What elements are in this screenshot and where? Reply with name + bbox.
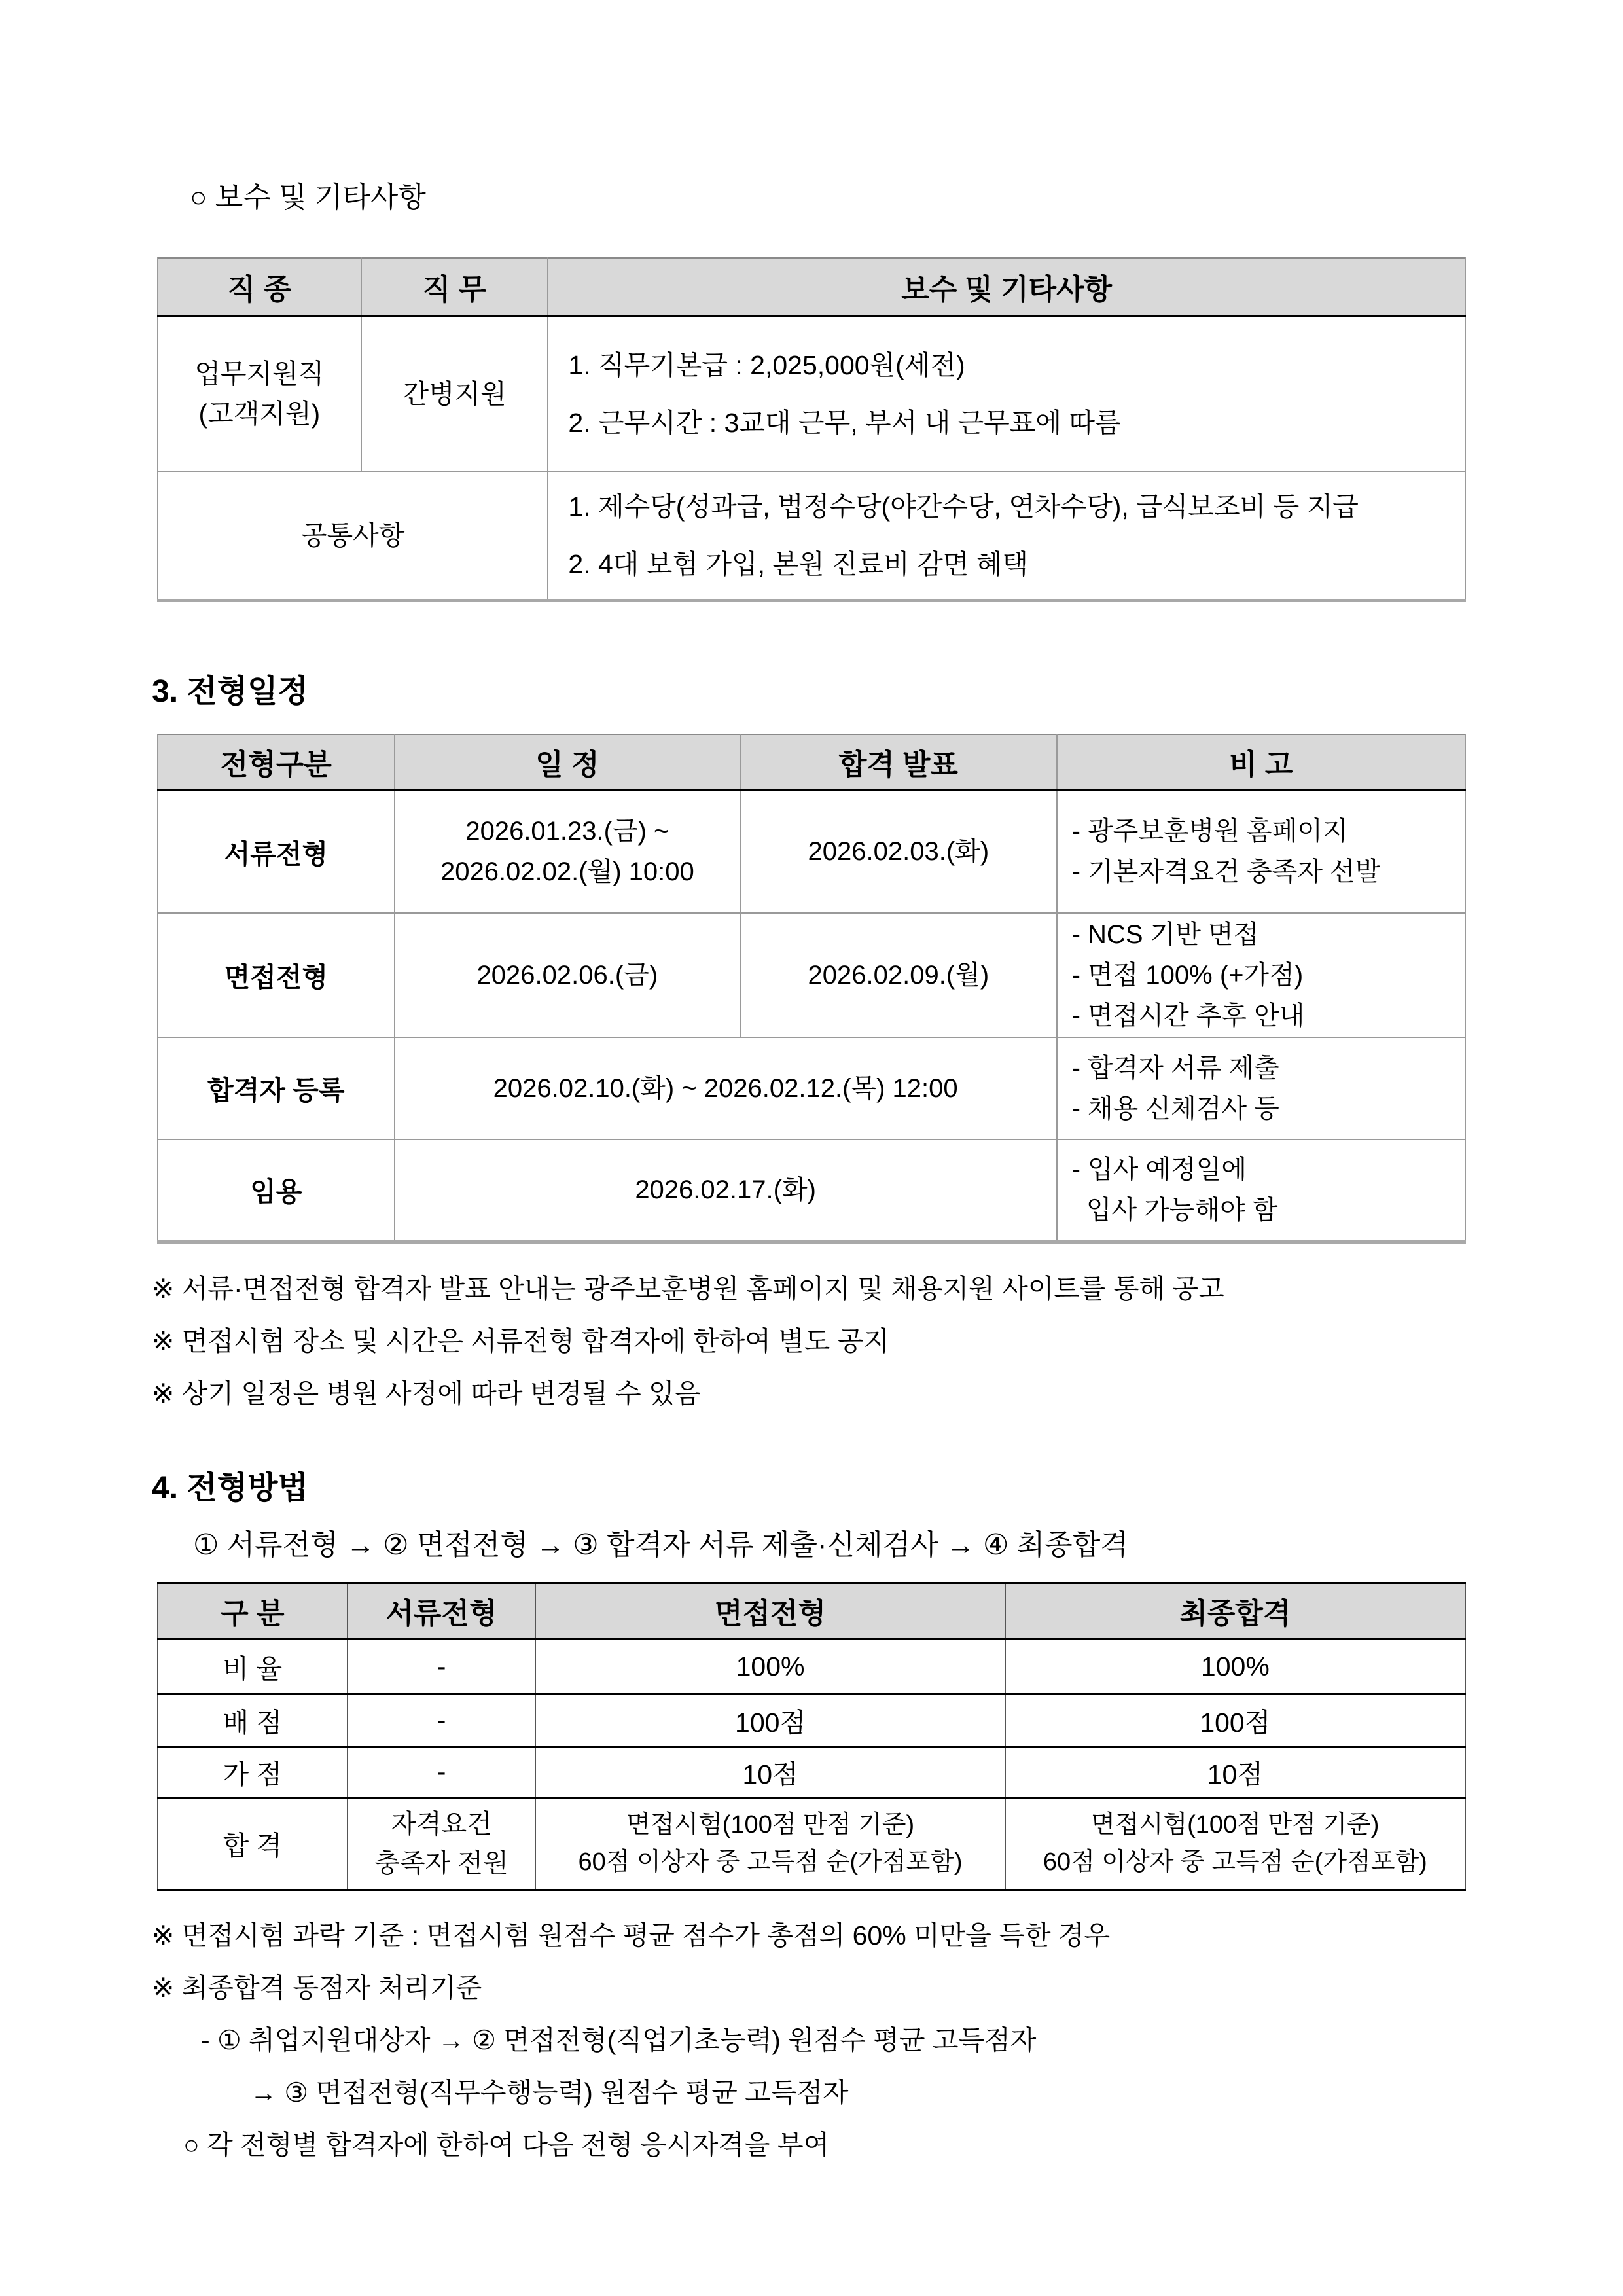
method-row-bonus: 가 점 - 10점 10점 (158, 1747, 1465, 1797)
method-header-row: 구 분 서류전형 면접전형 최종합격 (158, 1583, 1465, 1639)
cell-appointment-remarks: - 입사 예정일에 입사 가능해야 함 (1057, 1139, 1465, 1242)
page-content: ○ 보수 및 기타사항 직 종 직 무 보수 및 기타사항 업무지원직 (고객지… (157, 0, 1466, 2171)
method-note-tie-break-1: - ① 취업지원대상자 → ② 면접전형(직업기초능력) 원점수 평균 고득점자 (152, 2014, 1466, 2066)
header-dates: 일 정 (395, 734, 740, 790)
cell-bonus-document: - (348, 1747, 536, 1797)
method-section-title: 4. 전형방법 (152, 1468, 1466, 1509)
method-flow-line: ① 서류전형 → ② 면접전형 → ③ 합격자 서류 제출·신체검사 → ④ 최… (157, 1526, 1466, 1564)
cell-common-details: 1. 제수당(성과급, 법정수당(야간수당, 연차수당), 급식보조비 등 지급… (548, 471, 1465, 601)
cell-job-type: 업무지원직 (고객지원) (158, 316, 361, 471)
document-page: ○ 보수 및 기타사항 직 종 직 무 보수 및 기타사항 업무지원직 (고객지… (0, 0, 1623, 2296)
cell-points-document: - (348, 1694, 536, 1747)
schedule-header-row: 전형구분 일 정 합격 발표 비 고 (158, 734, 1465, 790)
cell-appointment-date: 2026.02.17.(화) (395, 1139, 1057, 1242)
cell-points-interview: 100점 (535, 1694, 1005, 1747)
compensation-section-title: ○ 보수 및 기타사항 (157, 178, 1466, 217)
cell-job-duty: 간병지원 (361, 316, 548, 471)
cell-ratio-interview: 100% (535, 1639, 1005, 1695)
cell-stage-document: 서류전형 (158, 790, 395, 913)
header-stage: 전형구분 (158, 734, 395, 790)
method-row-pass: 합 격 자격요건 충족자 전원 면접시험(100점 만점 기준) 60점 이상자… (158, 1797, 1465, 1890)
method-notes: ※ 면접시험 과락 기준 : 면접시험 원점수 평균 점수가 총점의 60% 미… (152, 1909, 1466, 2171)
compensation-row-care-support: 업무지원직 (고객지원) 간병지원 1. 직무기본급 : 2,025,000원(… (158, 316, 1465, 471)
schedule-note-change: ※ 상기 일정은 병원 사정에 따라 변경될 수 있음 (152, 1367, 1466, 1420)
schedule-row-document: 서류전형 2026.01.23.(금) ~ 2026.02.02.(월) 10:… (158, 790, 1465, 913)
cell-common-label: 공통사항 (158, 471, 548, 601)
cell-registration-remarks: - 합격자 서류 제출 - 채용 신체검사 등 (1057, 1037, 1465, 1139)
schedule-section-title: 3. 전형일정 (152, 672, 1466, 712)
cell-bonus-label: 가 점 (158, 1747, 348, 1797)
header-category: 구 분 (158, 1583, 348, 1639)
method-note-next-stage: ○ 각 전형별 합격자에 한하여 다음 전형 응시자격을 부여 (152, 2119, 1466, 2171)
header-final-pass: 최종합격 (1005, 1583, 1465, 1639)
header-job-type: 직 종 (158, 258, 361, 316)
header-job-duty: 직 무 (361, 258, 548, 316)
method-note-tie-break-title: ※ 최종합격 동점자 처리기준 (152, 1962, 1466, 2014)
cell-pass-label: 합 격 (158, 1797, 348, 1890)
method-row-points: 배 점 - 100점 100점 (158, 1694, 1465, 1747)
schedule-row-interview: 면접전형 2026.02.06.(금) 2026.02.09.(월) - NCS… (158, 913, 1465, 1037)
schedule-row-appointment: 임용 2026.02.17.(화) - 입사 예정일에 입사 가능해야 함 (158, 1139, 1465, 1242)
cell-ratio-document: - (348, 1639, 536, 1695)
cell-stage-interview: 면접전형 (158, 913, 395, 1037)
cell-interview-dates: 2026.02.06.(금) (395, 913, 740, 1037)
header-document-stage: 서류전형 (348, 1583, 536, 1639)
header-remarks: 비 고 (1057, 734, 1465, 790)
schedule-note-announcement: ※ 서류·면접전형 합격자 발표 안내는 광주보훈병원 홈페이지 및 채용지원 … (152, 1263, 1466, 1315)
cell-pay-details: 1. 직무기본급 : 2,025,000원(세전) 2. 근무시간 : 3교대 … (548, 316, 1465, 471)
compensation-row-common: 공통사항 1. 제수당(성과급, 법정수당(야간수당, 연차수당), 급식보조비… (158, 471, 1465, 601)
schedule-note-interview-place: ※ 면접시험 장소 및 시간은 서류전형 합격자에 한하여 별도 공지 (152, 1315, 1466, 1367)
cell-registration-dates: 2026.02.10.(화) ~ 2026.02.12.(목) 12:00 (395, 1037, 1057, 1139)
method-note-fail-criteria: ※ 면접시험 과락 기준 : 면접시험 원점수 평균 점수가 총점의 60% 미… (152, 1909, 1466, 1962)
cell-pass-interview: 면접시험(100점 만점 기준) 60점 이상자 중 고득점 순(가점포함) (535, 1797, 1005, 1890)
compensation-table: 직 종 직 무 보수 및 기타사항 업무지원직 (고객지원) 간병지원 1. 직… (157, 257, 1466, 602)
schedule-table: 전형구분 일 정 합격 발표 비 고 서류전형 2026.01.23.(금) ~… (157, 734, 1466, 1244)
method-table: 구 분 서류전형 면접전형 최종합격 비 율 - 100% 100% 배 점 -… (157, 1582, 1466, 1891)
cell-stage-registration: 합격자 등록 (158, 1037, 395, 1139)
header-interview-stage: 면접전형 (535, 1583, 1005, 1639)
cell-ratio-label: 비 율 (158, 1639, 348, 1695)
cell-points-final: 100점 (1005, 1694, 1465, 1747)
cell-stage-appointment: 임용 (158, 1139, 395, 1242)
cell-document-remarks: - 광주보훈병원 홈페이지 - 기본자격요건 충족자 선발 (1057, 790, 1465, 913)
compensation-header-row: 직 종 직 무 보수 및 기타사항 (158, 258, 1465, 316)
cell-pass-final: 면접시험(100점 만점 기준) 60점 이상자 중 고득점 순(가점포함) (1005, 1797, 1465, 1890)
cell-interview-announcement: 2026.02.09.(월) (740, 913, 1057, 1037)
cell-interview-remarks: - NCS 기반 면접 - 면접 100% (+가점) - 면접시간 추후 안내 (1057, 913, 1465, 1037)
cell-document-announcement: 2026.02.03.(화) (740, 790, 1057, 913)
cell-ratio-final: 100% (1005, 1639, 1465, 1695)
cell-points-label: 배 점 (158, 1694, 348, 1747)
cell-bonus-final: 10점 (1005, 1747, 1465, 1797)
header-pay-etc: 보수 및 기타사항 (548, 258, 1465, 316)
cell-pass-document: 자격요건 충족자 전원 (348, 1797, 536, 1890)
method-note-tie-break-2: → ③ 면접전형(직무수행능력) 원점수 평균 고득점자 (152, 2066, 1466, 2119)
cell-document-dates: 2026.01.23.(금) ~ 2026.02.02.(월) 10:00 (395, 790, 740, 913)
cell-bonus-interview: 10점 (535, 1747, 1005, 1797)
method-row-ratio: 비 율 - 100% 100% (158, 1639, 1465, 1695)
schedule-row-registration: 합격자 등록 2026.02.10.(화) ~ 2026.02.12.(목) 1… (158, 1037, 1465, 1139)
schedule-notes: ※ 서류·면접전형 합격자 발표 안내는 광주보훈병원 홈페이지 및 채용지원 … (152, 1263, 1466, 1420)
header-announcement: 합격 발표 (740, 734, 1057, 790)
